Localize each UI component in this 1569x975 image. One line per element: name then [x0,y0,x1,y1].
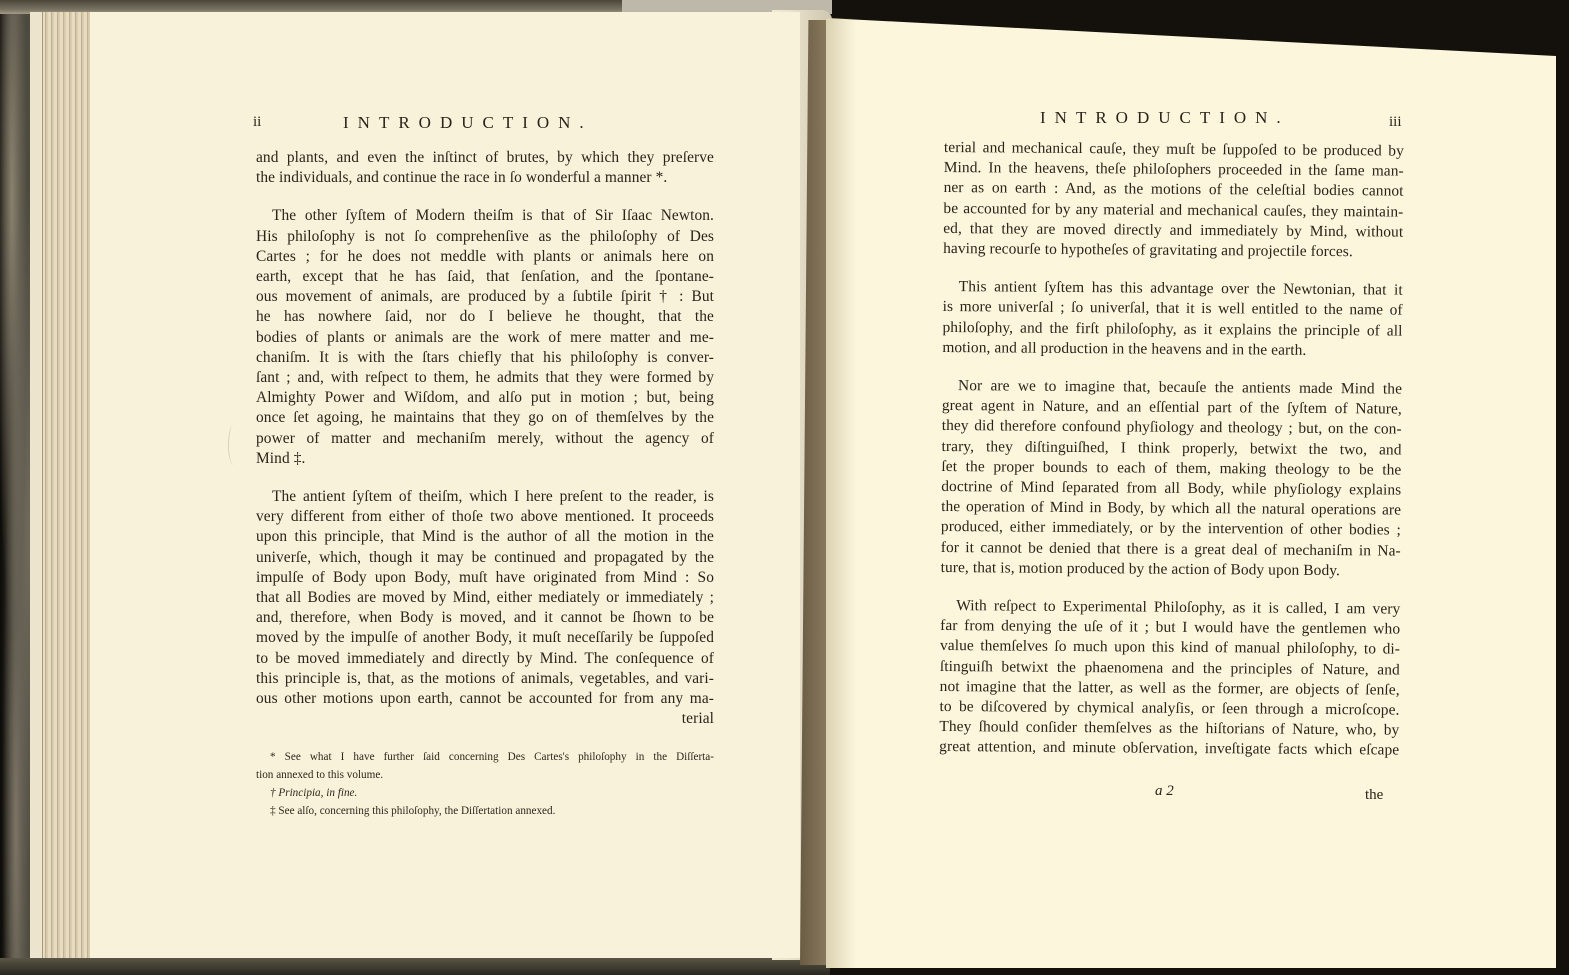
right-page-shade [826,18,856,968]
paragraph: This antient ſyſtem has this advantage o… [942,277,1403,361]
text-line: ture, that is, motion produced by the ac… [941,558,1401,582]
text-line: having recourſe to hypotheſes of gravita… [943,239,1403,263]
left-running-head: INTRODUCTION. [343,113,593,133]
text-line: ſant ; and, with reſpect to them, he adm… [256,368,714,388]
text-line: this principle is, that, as the motions … [256,669,714,689]
right-folio: iii [1389,114,1402,131]
right-catchword: the [1365,787,1383,804]
text-line: Almighty Power and Wiſdom, and alſo put … [256,388,714,408]
footnote: * See what I have further ſaid concernin… [256,748,714,766]
paragraph: and plants, and even the inſtinct of bru… [256,148,714,188]
text-line: the individuals, and continue the race i… [256,168,714,188]
left-page-body: and plants, and even the inſtinct of bru… [256,148,714,729]
left-folio: ii [253,114,261,131]
text-line: upon this principle, that Mind is the au… [256,527,714,547]
signature-mark: a 2 [1155,783,1174,800]
text-line: chaniſm. It is with the ſtars chiefly th… [256,348,714,368]
text-line: bodies of plants or animals are the work… [256,328,714,348]
right-running-head: INTRODUCTION. [1040,108,1290,128]
text-line: moved by the impulſe of another Body, it… [256,628,714,648]
left-footnotes: * See what I have further ſaid concernin… [256,748,714,820]
text-line: to be moved immediately and directly by … [256,649,714,669]
pencil-margin-mark [228,425,239,465]
page-stack-edges [30,12,92,958]
text-line: great attention, and minute obſervation,… [939,737,1399,761]
text-line: The other ſyſtem of Modern theiſm is tha… [256,206,714,226]
paragraph: The antient ſyſtem of theiſm, which I he… [256,487,714,729]
text-line: once ſet agoing, he maintains that they … [256,408,714,428]
text-line: earth, except that he has ſaid, that ſen… [256,267,714,287]
text-line: univerſe, which, though it may be contin… [256,548,714,568]
paragraph: terial and mechanical cauſe, they muſt b… [943,138,1404,263]
paragraph: The other ſyſtem of Modern theiſm is tha… [256,206,714,469]
text-line: very different from either of thoſe two … [256,507,714,527]
text-line: that all Bodies are moved by Mind, eithe… [256,588,714,608]
text-line: Cartes ; for he does not meddle with pla… [256,247,714,267]
text-line: he has nowhere ſaid, nor do I believe he… [256,307,714,327]
catchword: terial [256,709,714,729]
cover-bottom-edge [0,958,830,975]
text-line: impulſe of Body upon Body, muſt have ori… [256,568,714,588]
text-line: motion, and all production in the heaven… [942,338,1402,362]
text-line: ous movement of animals, are produced by… [256,287,714,307]
text-line: His philoſophy is not ſo comprehenſive a… [256,227,714,247]
paragraph: With reſpect to Experimental Philoſophy,… [939,596,1400,761]
text-line: and plants, and even the inſtinct of bru… [256,148,714,168]
paragraph: Nor are we to imagine that, becauſe the … [941,376,1403,582]
text-line: ous other motions upon earth, cannot be … [256,689,714,709]
text-line: Mind ‡. [256,449,714,469]
footnote: ‡ See alſo, concerning this philoſophy, … [256,802,714,820]
text-line: power of matter and mechaniſm merely, wi… [256,429,714,449]
text-line: The antient ſyſtem of theiſm, which I he… [256,487,714,507]
text-line: and, therefore, when Body is moved, and … [256,608,714,628]
footnote: tion annexed to this volume. [256,766,714,784]
footnote: † Principia, in fine. [256,784,714,802]
right-page-body: terial and mechanical cauſe, they muſt b… [939,138,1404,761]
